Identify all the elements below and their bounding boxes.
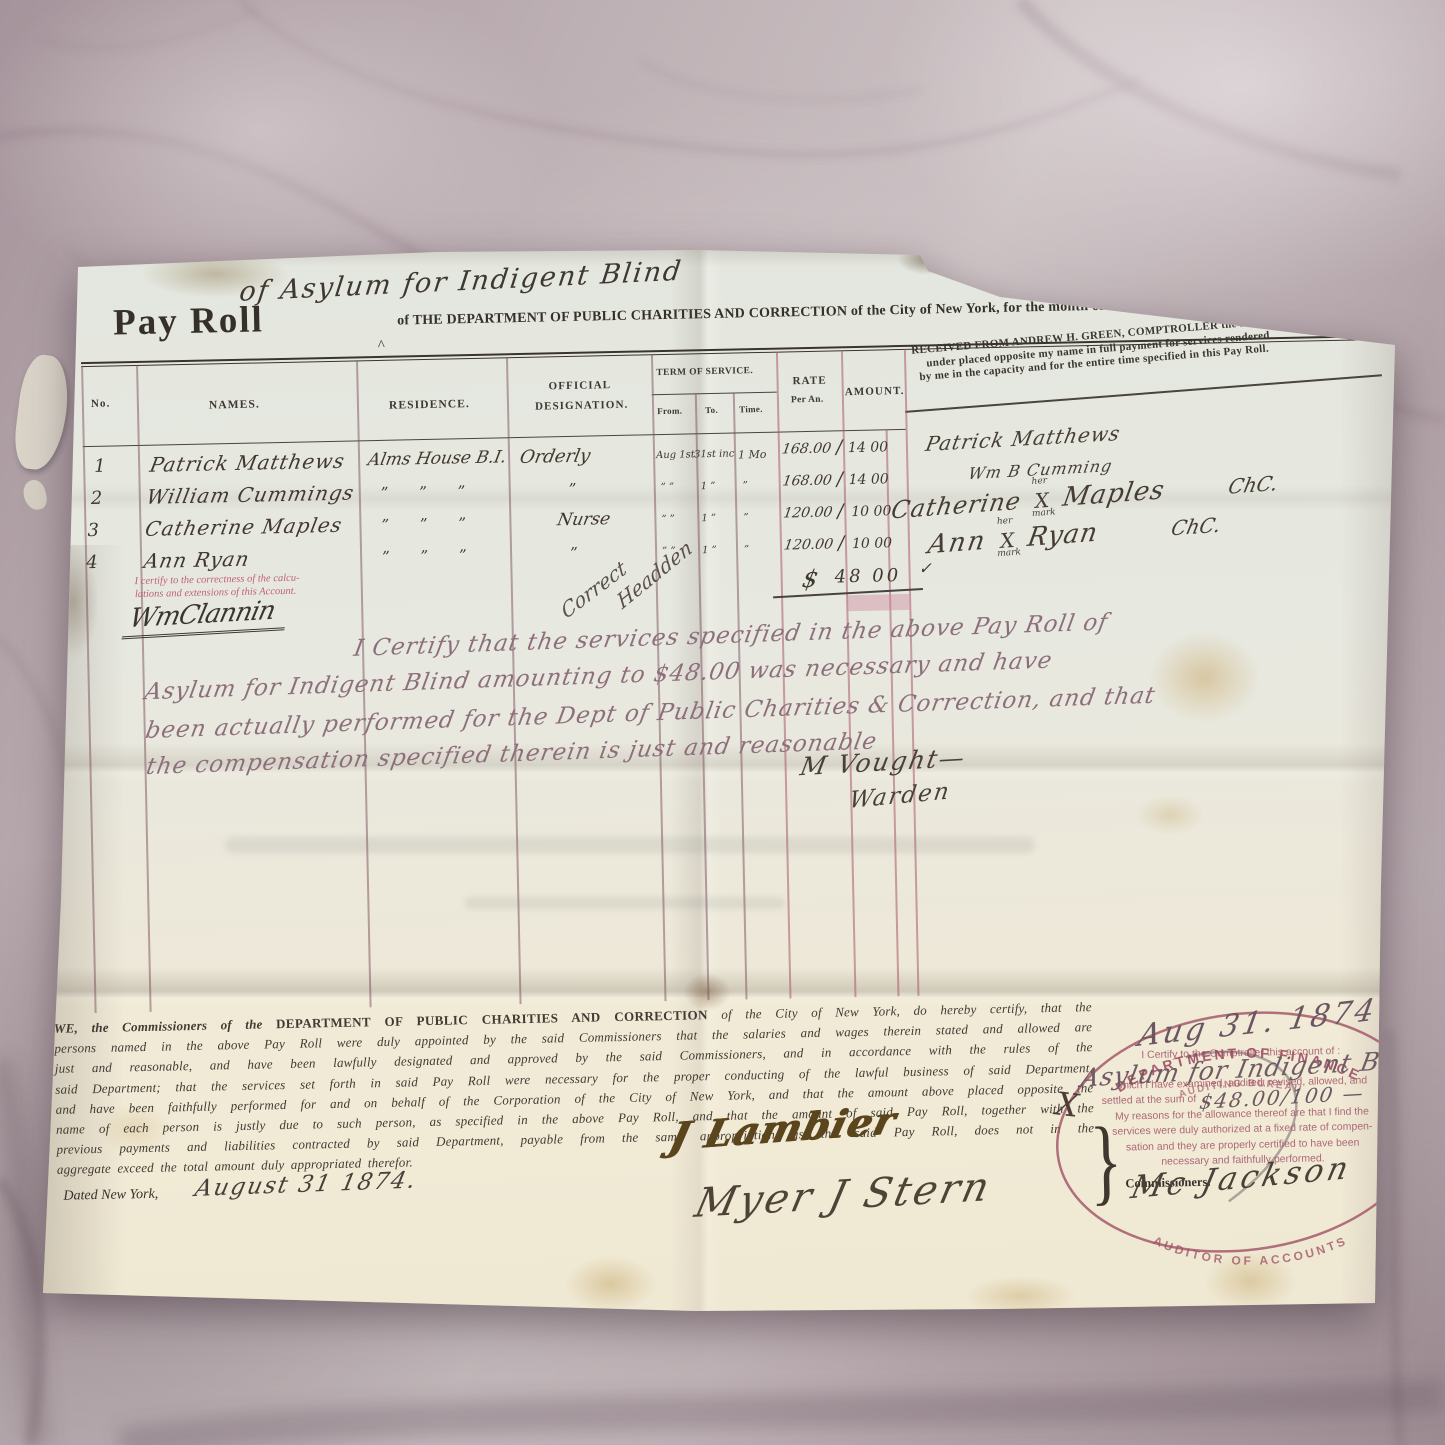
signature-first-name: Ann — [926, 526, 989, 561]
dated-printed: Dated New York, — [63, 1187, 158, 1205]
total-currency: $ — [800, 565, 821, 593]
row-amount: 10 00 — [852, 535, 892, 552]
row-name: William Cummings — [145, 480, 357, 508]
payroll-document: of Asylum for Indigent Blind Pay Roll ^ … — [35, 245, 1400, 1315]
col-header-residence: RESIDENCE. — [389, 398, 470, 412]
total-amount: 48 00 — [834, 565, 901, 587]
witness-initials: ChC. — [1226, 471, 1280, 499]
row-time: ” — [743, 480, 748, 491]
col-header-rate: RATE — [792, 375, 826, 388]
col-header-time: Time. — [739, 404, 763, 414]
mark-mark-label: mark — [1032, 507, 1056, 519]
col-header-per-an: Per An. — [791, 395, 824, 406]
line1-opening: WE, the Commissioners of the — [54, 1016, 276, 1036]
row-to: 1 ” — [701, 513, 716, 524]
row-no: 1 — [94, 456, 106, 477]
row-from: ” ” — [661, 514, 675, 525]
row-rate: 120.00 — [782, 504, 833, 521]
row-name: Patrick Matthews — [148, 449, 347, 477]
row-name: Catherine Maples — [143, 513, 344, 541]
commissioner2-signature: Myer J Stern — [691, 1164, 997, 1227]
document-shadow: of Asylum for Indigent Blind Pay Roll ^ … — [35, 245, 1400, 1315]
row-to: 31st inc — [694, 449, 735, 461]
row-from: ” ” — [661, 482, 675, 493]
col-header-official: OFFICIAL — [548, 379, 611, 392]
payroll-title: Pay Roll — [113, 298, 265, 344]
col-header-names: NAMES. — [209, 398, 260, 411]
row-amount: 14 00 — [848, 471, 888, 488]
row-amount: 10 00 — [851, 503, 891, 520]
row-designation-ditto: ” — [569, 480, 577, 498]
header-month-handwritten: August — [1124, 268, 1251, 311]
row-time: 1 Mo — [738, 448, 767, 462]
received-from-block: RECEIVED FROM ANDREW H. GREEN, COMPTROLL… — [911, 306, 1383, 385]
signature-last-name: Maples — [1060, 475, 1167, 513]
term-subheader-rule — [652, 392, 777, 396]
stamp-x-mark: X — [1054, 1084, 1081, 1124]
mark-her-label: her — [1031, 476, 1047, 487]
col-header-term: TERM OF SERVICE. — [656, 366, 753, 378]
warden-title: Warden — [847, 778, 952, 814]
row-rate: 168.00 — [781, 440, 832, 457]
header-year: 1874. — [1257, 280, 1317, 307]
calc-cert-signature: WmClannin — [121, 595, 291, 640]
row-to: 1 ” — [701, 481, 716, 492]
col-header-designation: DESIGNATION. — [535, 399, 629, 413]
row-rate: 168.00 — [781, 472, 832, 489]
row-residence-ditto: ” ” ” — [381, 482, 466, 502]
row-no: 3 — [87, 520, 99, 541]
her-mark-x: her X mark — [1024, 487, 1060, 513]
row-no: 4 — [86, 552, 98, 573]
row-time: ” — [743, 512, 748, 523]
row-residence: Alms House B.I. — [366, 447, 508, 470]
col-header-to: To. — [705, 405, 718, 415]
document-content: of Asylum for Indigent Blind Pay Roll ^ … — [24, 231, 1411, 1329]
row-rate: 120.00 — [783, 536, 834, 553]
header-printed: of THE DEPARTMENT OF PUBLIC CHARITIES AN… — [397, 299, 1104, 330]
row-tick: / — [836, 468, 843, 490]
row-residence-ditto: ” ” ” — [382, 546, 467, 566]
row-from: Aug 1st — [656, 449, 695, 461]
mark-mark-label: mark — [997, 547, 1021, 559]
row-no: 2 — [91, 488, 103, 509]
caret-mark: ^ — [378, 338, 385, 355]
row-to: 1 ” — [702, 545, 717, 556]
witness-initials: ChC. — [1169, 512, 1223, 540]
row-tick: / — [837, 500, 844, 522]
signature-last-name: Ryan — [1026, 517, 1101, 553]
row-amount: 14 00 — [848, 439, 888, 456]
stain — [1215, 245, 1290, 277]
col-header-no: No. — [91, 398, 111, 410]
commissioners-paragraph: WE, the Commissioners of the DEPARTMENT … — [54, 997, 1095, 1180]
row-name: Ann Ryan — [142, 547, 252, 573]
her-mark-x: her X mark — [990, 527, 1026, 553]
row-designation: Orderly — [518, 445, 592, 468]
col-header-amount: AMOUNT. — [845, 385, 905, 398]
total-checkmark: ✓ — [918, 558, 932, 577]
row-designation: Nurse — [556, 509, 613, 530]
row-time: ” — [744, 544, 749, 555]
mark-her-label: her — [997, 516, 1013, 527]
annotation-asylum-line: of Asylum for Indigent Blind — [238, 256, 685, 308]
col-header-from: From. — [657, 406, 682, 417]
row-tick: / — [836, 436, 843, 458]
total-pink-box — [847, 594, 909, 611]
row-receipt-signature: Patrick Matthews — [924, 421, 1123, 456]
row-residence-ditto: ” ” ” — [381, 514, 466, 534]
photo-canvas: of Asylum for Indigent Blind Pay Roll ^ … — [0, 0, 1445, 1445]
row-designation-ditto: ” — [570, 544, 578, 562]
row-tick: / — [838, 532, 845, 554]
